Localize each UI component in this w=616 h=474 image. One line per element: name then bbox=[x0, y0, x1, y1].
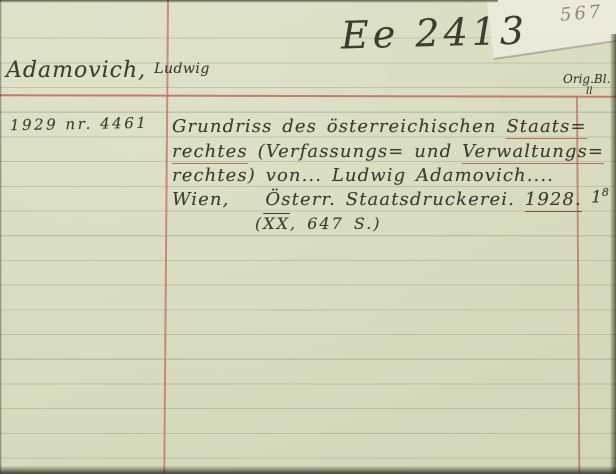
volume-number: 1 bbox=[591, 188, 602, 208]
title-line-1-underlined: Staats= bbox=[506, 116, 586, 139]
collation-roman-numeral: XX bbox=[263, 214, 290, 233]
author-heading: Adamovich, Ludwig bbox=[6, 58, 210, 83]
imprint-publisher: Österr. Staatsdruckerei. bbox=[265, 189, 524, 210]
orig-note: Orig.Bl. bbox=[563, 72, 610, 86]
title-line-1-text: Grundriss des österreichischen bbox=[172, 116, 506, 137]
collation-pages: , 647 S.) bbox=[290, 214, 382, 233]
title-line-3: rechtes) von... Ludwig Adamovich.... bbox=[172, 165, 554, 186]
author-last-name: Adamovich, bbox=[6, 58, 146, 83]
title-line-1: Grundriss des österreichischen Staats= bbox=[172, 116, 587, 137]
call-number: Ee 2413 bbox=[340, 9, 528, 58]
author-first-name: Ludwig bbox=[154, 61, 210, 77]
collation-line: (XX, 647 S.) bbox=[255, 214, 382, 233]
imprint-year: 1928. bbox=[525, 189, 582, 212]
catalog-card: 567 Ee 2413 Adamovich, Ludwig Orig.Bl. l… bbox=[0, 0, 616, 474]
card-bottom-edge bbox=[0, 466, 616, 474]
title-line-2-underlined-2: Verwaltungs= bbox=[462, 141, 604, 164]
accession-number: 1929 nr. 4461 bbox=[10, 114, 149, 134]
imprint-place: Wien, bbox=[172, 189, 229, 210]
card-left-edge bbox=[0, 0, 2, 474]
orig-note-second-line: ll bbox=[586, 86, 592, 97]
card-top-edge bbox=[0, 0, 498, 3]
volume-mark: 18 bbox=[591, 186, 609, 208]
collation-open-paren: ( bbox=[255, 214, 263, 233]
title-line-2-underlined: rechtes bbox=[172, 141, 248, 164]
imprint-line: Wien,Österr. Staatsdruckerei. 1928. bbox=[172, 189, 582, 210]
volume-superscript: 8 bbox=[602, 186, 609, 199]
title-line-2: rechtes (Verfassungs= und Verwaltungs= bbox=[172, 141, 604, 162]
card-right-edge bbox=[610, 34, 616, 474]
title-line-2-text: (Verfassungs= und bbox=[248, 141, 462, 162]
corner-number: 567 bbox=[559, 1, 604, 26]
